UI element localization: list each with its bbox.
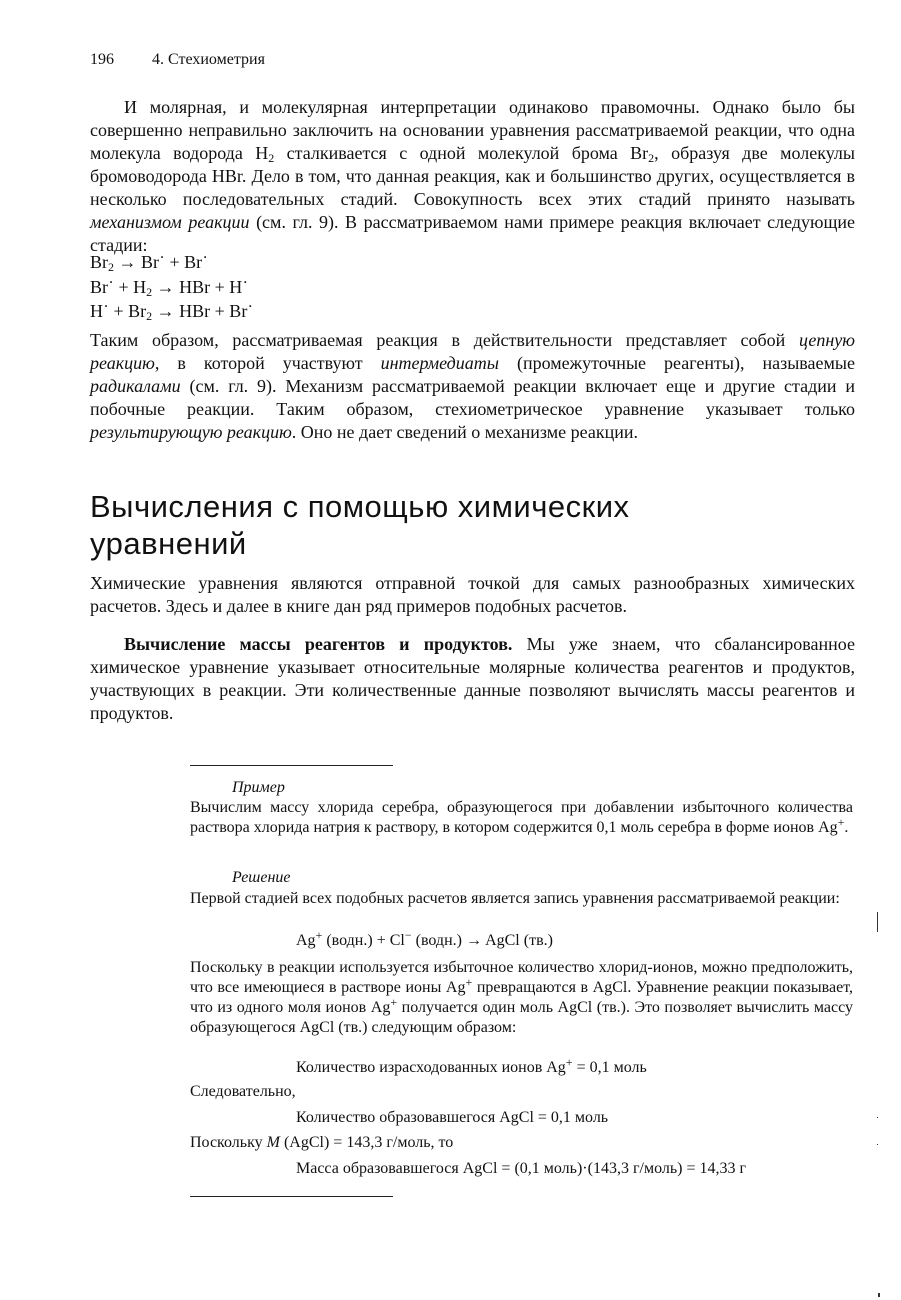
text: (см. гл. 9). Механизм рассматриваемой ре…	[90, 376, 855, 419]
superscript: −	[405, 928, 412, 942]
mechanism-step: Br˙ + H2 → HBr + H˙	[90, 275, 253, 300]
molar-mass-line: Поскольку M (AgCl) = 143,3 г/моль, то	[190, 1134, 453, 1152]
example-bottom-rule	[190, 1196, 393, 1197]
term-italic: механизмом реакции	[90, 212, 250, 232]
text: Вычислим массу хлорида серебра, образующ…	[190, 799, 853, 836]
solution-intro: Первой стадией всех подобных расчетов яв…	[190, 889, 853, 909]
subsection-title: Вычисление массы реагентов и продуктов.	[124, 634, 512, 654]
calc-line-ions: Количество израсходованных ионов Ag+ = 0…	[296, 1059, 647, 1077]
symbol-italic: M	[267, 1134, 280, 1151]
solution-title: Решение	[232, 869, 291, 887]
text: , в которой участвуют	[155, 353, 381, 373]
text: → HBr + H˙	[152, 277, 248, 297]
example-top-rule	[190, 765, 393, 766]
scan-artifact	[877, 912, 878, 932]
text: (водн.) + Cl	[322, 932, 404, 949]
chapter-title: 4. Стехиометрия	[152, 51, 265, 68]
text: (AgCl) = 143,3 г/моль, то	[280, 1134, 453, 1151]
term-italic: интермедиаты	[381, 353, 499, 373]
paragraph-chain-reaction: Таким образом, рассматриваемая реакция в…	[90, 329, 855, 444]
superscript: +	[566, 1055, 573, 1069]
text: Поскольку	[190, 1134, 267, 1151]
text: Количество израсходованных ионов Ag	[296, 1059, 566, 1076]
book-page: 1964. Стехиометрия И молярная, и молекул…	[0, 0, 901, 1300]
calc-line-agcl-amount: Количество образовавшегося AgCl = 0,1 мо…	[296, 1109, 608, 1127]
mechanism-step: H˙ + Br2 → HBr + Br˙	[90, 299, 253, 324]
text: (промежуточные реагенты), называемые	[499, 353, 855, 373]
example-problem: Вычислим массу хлорида серебра, образующ…	[190, 798, 853, 838]
calc-line-mass: Масса образовавшегося AgCl = (0,1 моль)·…	[296, 1160, 746, 1178]
reaction-equation: Ag+ (водн.) + Cl− (водн.) → AgCl (тв.)	[296, 932, 553, 950]
text: → HBr + Br˙	[152, 301, 253, 321]
scan-artifact	[877, 1144, 878, 1145]
text: (водн.) → AgCl (тв.)	[412, 932, 553, 949]
section-heading: Вычисления с помощью химических уравнени…	[90, 488, 790, 562]
page-number: 196	[90, 51, 152, 69]
therefore-text: Следовательно,	[190, 1083, 296, 1101]
text: → Br˙ + Br˙	[114, 252, 208, 272]
scan-artifact	[877, 1117, 878, 1118]
paragraph-mechanism-intro: И молярная, и молекулярная интерпретации…	[90, 96, 855, 257]
text: .	[844, 819, 848, 836]
text: Br˙ + H	[90, 277, 146, 297]
example-title: Пример	[232, 779, 285, 797]
mechanism-step: Br2 → Br˙ + Br˙	[90, 250, 253, 275]
scan-artifact	[878, 1293, 880, 1297]
text: Таким образом, рассматриваемая реакция в…	[90, 330, 799, 350]
text: Br	[90, 252, 108, 272]
section-intro: Химические уравнения являются отправной …	[90, 572, 855, 618]
term-italic: результирующую реакцию	[90, 422, 292, 442]
text: H˙ + Br	[90, 301, 146, 321]
mechanism-steps: Br2 → Br˙ + Br˙ Br˙ + H2 → HBr + H˙ H˙ +…	[90, 250, 253, 324]
text: = 0,1 моль	[573, 1059, 647, 1076]
term-italic: радикалами	[90, 376, 181, 396]
text: сталкивается с одной молекулой брома Br	[274, 143, 648, 163]
subsection-paragraph: Вычисление массы реагентов и продуктов. …	[90, 633, 855, 725]
running-header: 1964. Стехиометрия	[90, 51, 265, 69]
solution-explanation: Поскольку в реакции используется избыточ…	[190, 958, 853, 1038]
text: Ag	[296, 932, 316, 949]
text: . Оно не дает сведений о механизме реакц…	[292, 422, 638, 442]
